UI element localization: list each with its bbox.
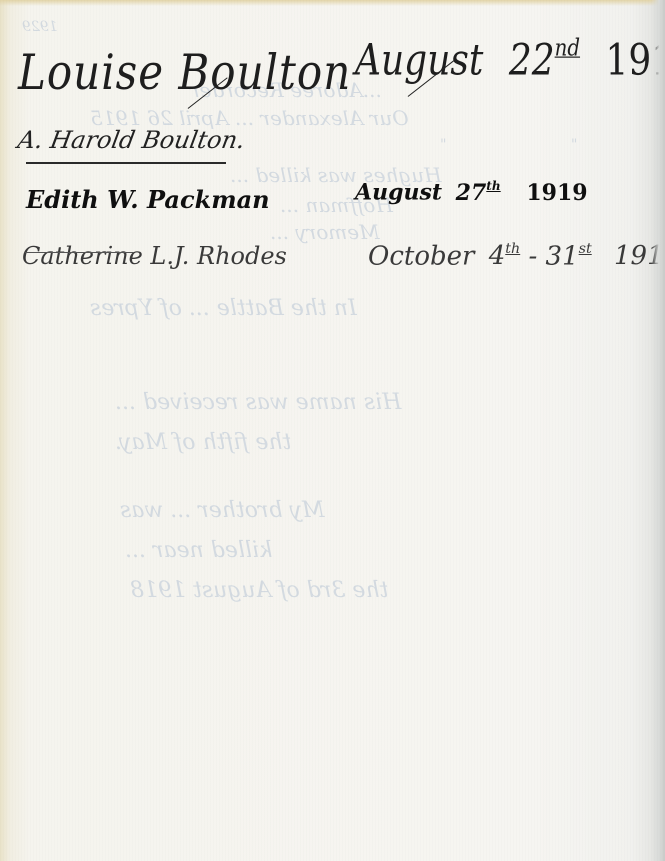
- entry-4-name: Catherine L.J. Rhodes: [22, 244, 287, 268]
- entry-4-date-separator: -: [528, 241, 537, 271]
- entry-4-date-suffix-end: st: [579, 241, 592, 257]
- show-through-line: Our Alexander ... April 26 1915: [90, 108, 409, 128]
- show-through-line: the 3rd of August 1918: [130, 580, 388, 602]
- entry-4-date: October 4th - 31st 1919: [368, 242, 665, 269]
- entry-4-name-underline: [24, 252, 134, 253]
- entry-1-date-suffix: nd: [555, 34, 580, 62]
- entry-3-date: August 27th 1919: [355, 180, 588, 204]
- entry-3-name: Edith W. Packman: [26, 188, 270, 212]
- entry-2-name-underline: [26, 162, 226, 164]
- show-through-line: the fifth of May.: [115, 432, 291, 454]
- entry-2-name: A. Harold Boulton.: [16, 128, 247, 152]
- show-through-line: His name was received ...: [115, 392, 401, 414]
- entry-1-date-month: August: [355, 36, 483, 85]
- entry-1-date: August 22nd 1919-: [355, 36, 665, 83]
- show-through-corner-note: 1929: [22, 20, 58, 34]
- show-through-line: " " ": [380, 138, 665, 152]
- show-through-line: My brother ... was: [120, 500, 325, 522]
- document-page: 1929 ...Adoree Recorder Our Alexander ..…: [0, 0, 665, 861]
- entry-3-date-suffix: th: [486, 179, 500, 193]
- entry-3-date-year: 1919: [526, 180, 587, 206]
- show-through-line: In the Battle ... of Ypres: [90, 298, 357, 320]
- show-through-line: Memory ...: [270, 222, 380, 242]
- entry-3-date-day: 27: [456, 180, 487, 206]
- entry-1-name: Louise Boulton: [18, 49, 351, 97]
- entry-1-date-day: 22: [509, 36, 555, 85]
- entry-4-date-day-start: 4: [489, 241, 506, 271]
- show-through-line: killed near ...: [125, 540, 272, 562]
- entry-4-date-month: October: [368, 241, 474, 271]
- entry-3-date-month: August: [355, 180, 442, 206]
- entry-4-date-day-end: 31: [546, 241, 579, 271]
- page-right-edge: [651, 0, 665, 861]
- entry-4-date-suffix-start: th: [505, 241, 520, 257]
